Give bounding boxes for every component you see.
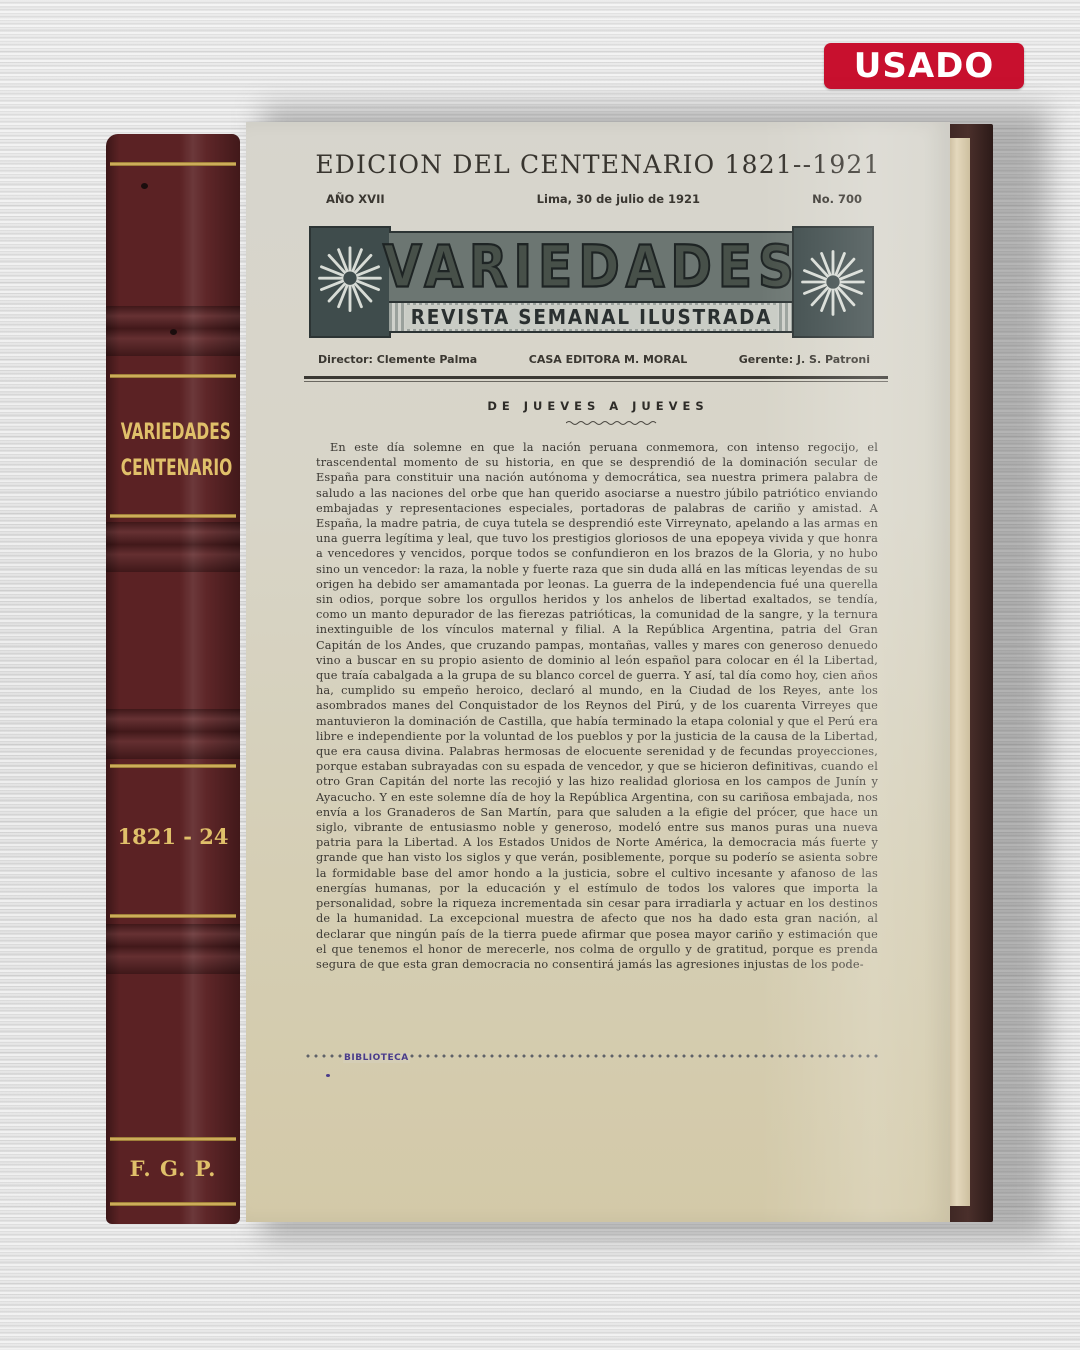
gilt-line [110,374,236,378]
library-stamp: BIBLIOTECA [343,1053,410,1063]
staff-credits-row: Director: Clemente Palma CASA EDITORA M.… [318,353,870,366]
spine-initials: F. G. P. [106,1156,240,1181]
issue-meta-row: AÑO XVII Lima, 30 de julio de 1921 No. 7… [326,192,862,206]
flower-ornament-icon [792,226,874,338]
spine-title-line-1: VARIEDADES [121,416,226,450]
year-label: AÑO XVII [326,192,385,206]
article-body: En este día solemne en que la nación per… [316,440,878,972]
masthead: VARIEDADES REVISTA SEMANAL ILUSTRADA [309,223,874,338]
raised-band [106,709,240,759]
spine-years: 1821 - 24 [106,824,240,849]
gilt-line [110,1202,236,1206]
masthead-subtitle-band: REVISTA SEMANAL ILUSTRADA [389,303,794,333]
director-credit: Director: Clemente Palma [318,353,477,366]
book-spine: VARIEDADES CENTENARIO 1821 - 24 F. G. P. [106,134,240,1224]
spine-title-line-2: CENTENARIO [121,452,226,486]
masthead-subtitle: REVISTA SEMANAL ILUSTRADA [405,305,778,329]
page-block-edge [948,138,970,1206]
gilt-line [110,162,236,166]
raised-band [106,522,240,572]
publisher-credit: CASA EDITORA M. MORAL [529,353,688,366]
used-condition-badge: USADO [824,43,1024,89]
header-rule [304,376,888,379]
wormhole [170,329,177,335]
gilt-line [110,514,236,518]
issue-number: No. 700 [812,192,862,206]
wormhole [141,183,148,189]
gilt-line [110,1137,236,1141]
gilt-line [110,764,236,768]
flower-ornament-icon [309,226,391,338]
gilt-line [110,914,236,918]
section-title: DE JUEVES A JUEVES [246,399,950,413]
wavy-divider-icon [566,419,658,427]
edition-heading: EDICION DEL CENTENARIO 1821--1921 [246,150,950,179]
masthead-title-band: VARIEDADES [389,231,794,303]
raised-band [106,924,240,974]
header-rule-thin [304,381,888,382]
open-page: EDICION DEL CENTENARIO 1821--1921 AÑO XV… [246,122,950,1222]
ink-mark [326,1074,330,1077]
manager-credit: Gerente: J. S. Patroni [739,353,870,366]
issue-date: Lima, 30 de julio de 1921 [537,192,700,206]
masthead-title: VARIEDADES [383,234,800,301]
